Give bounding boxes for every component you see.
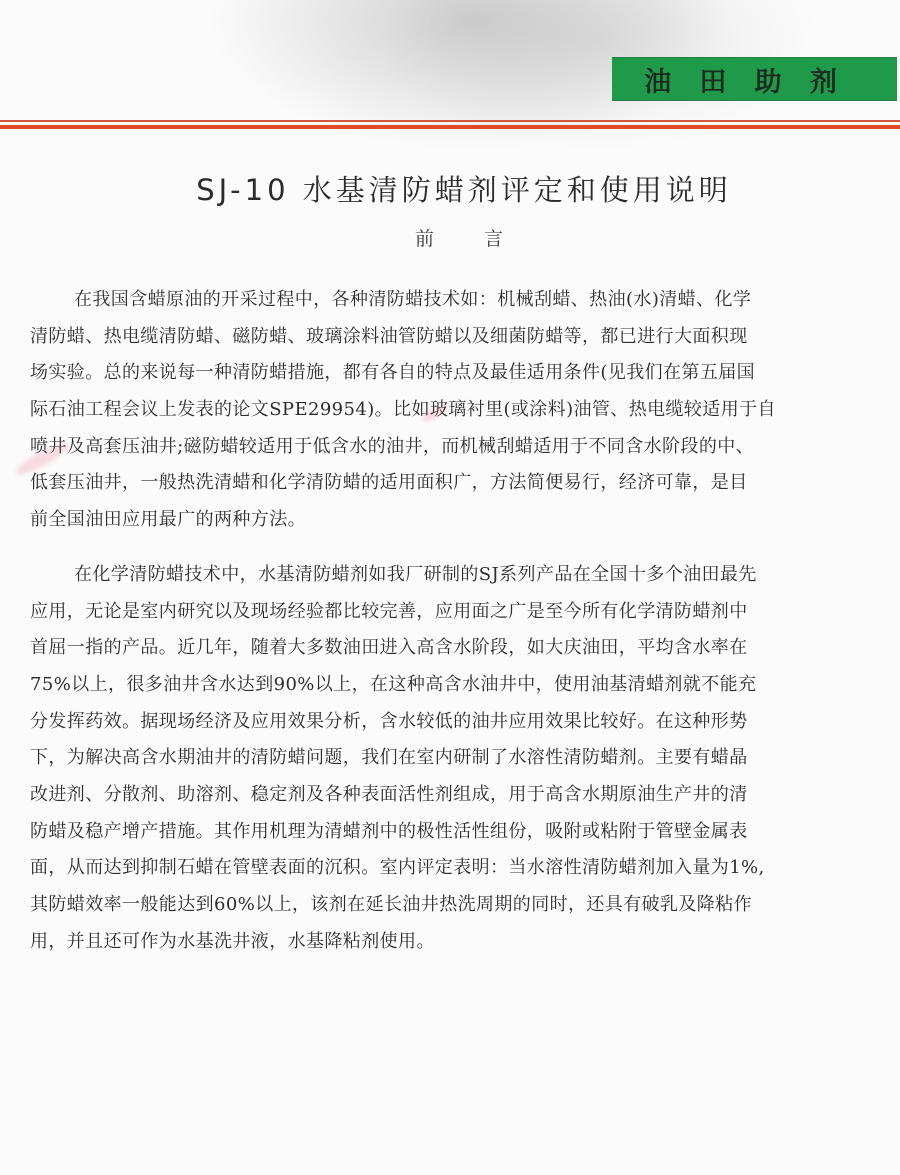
paragraph-gap <box>30 539 875 557</box>
text-line: 面，从而达到抑制石蜡在管壁表面的沉积。室内评定表明：当水溶性清防蜡剂加入量为1%… <box>30 850 875 887</box>
text-line: 其防蜡效率一般能达到60%以上，该剂在延长油井热洗周期的同时，还具有破乳及降粘作 <box>30 887 875 924</box>
document-title: SJ-10 水基清防蜡剂评定和使用说明 <box>0 168 900 209</box>
text-line: 首屈一指的产品。近几年，随着大多数油田进入高含水阶段，如大庆油田，平均含水率在 <box>30 630 875 667</box>
category-banner: 油 田 助 剂 <box>612 57 897 101</box>
text-line: 在化学清防蜡技术中，水基清防蜡剂如我厂研制的SJ系列产品在全国十多个油田最先 <box>30 557 875 594</box>
text-line: 在我国含蜡原油的开采过程中，各种清防蜡技术如：机械刮蜡、热油(水)清蜡、化学 <box>30 282 875 319</box>
paragraph-2: 在化学清防蜡技术中，水基清防蜡剂如我厂研制的SJ系列产品在全国十多个油田最先 应… <box>30 557 875 961</box>
text-line: 用，并且还可作为水基洗井液，水基降粘剂使用。 <box>30 924 875 961</box>
document-body: 在我国含蜡原油的开采过程中，各种清防蜡技术如：机械刮蜡、热油(水)清蜡、化学 清… <box>30 282 875 960</box>
text-line: 清防蜡、热电缆清防蜡、磁防蜡、玻璃涂料油管防蜡以及细菌防蜡等，都已进行大面积现 <box>30 319 875 356</box>
text-line: 75%以上，很多油井含水达到90%以上，在这种高含水油井中，使用油基清蜡剂就不能… <box>30 667 875 704</box>
text-line: 场实验。总的来说每一种清防蜡措施，都有各自的特点及最佳适用条件(见我们在第五届国 <box>30 355 875 392</box>
banner-char: 助 <box>755 60 782 99</box>
header-rule-thin <box>0 120 900 122</box>
banner-char: 油 <box>644 60 671 99</box>
banner-char: 剂 <box>810 60 837 99</box>
text-line: 应用，无论是室内研究以及现场经验都比较完善，应用面之广是至今所有化学清防蜡剂中 <box>30 594 875 631</box>
text-line: 改进剂、分散剂、助溶剂、稳定剂及各种表面活性剂组成，用于高含水期原油生产井的清 <box>30 777 875 814</box>
text-line: 喷井及高套压油井;磁防蜡较适用于低含水的油井，而机械刮蜡适用于不同含水阶段的中、 <box>30 429 875 466</box>
scan-shading <box>0 0 900 260</box>
paragraph-1: 在我国含蜡原油的开采过程中，各种清防蜡技术如：机械刮蜡、热油(水)清蜡、化学 清… <box>30 282 875 539</box>
header-rule-thick <box>0 125 900 129</box>
banner-char: 田 <box>699 60 726 99</box>
text-line: 前全国油田应用最广的两种方法。 <box>30 502 875 539</box>
text-line: 低套压油井，一般热洗清蜡和化学清防蜡的适用面积广，方法简便易行，经济可靠，是目 <box>30 465 875 502</box>
text-line: 下，为解决高含水期油井的清防蜡问题，我们在室内研制了水溶性清防蜡剂。主要有蜡晶 <box>30 740 875 777</box>
text-line: 分发挥药效。据现场经济及应用效果分析，含水较低的油井应用效果比较好。在这种形势 <box>30 704 875 741</box>
section-title: 前 言 <box>0 224 900 251</box>
text-line: 际石油工程会议上发表的论文SPE29954)。比如玻璃衬里(或涂料)油管、热电缆… <box>30 392 875 429</box>
text-line: 防蜡及稳产增产措施。其作用机理为清蜡剂中的极性活性组份，吸附或粘附于管壁金属表 <box>30 814 875 851</box>
